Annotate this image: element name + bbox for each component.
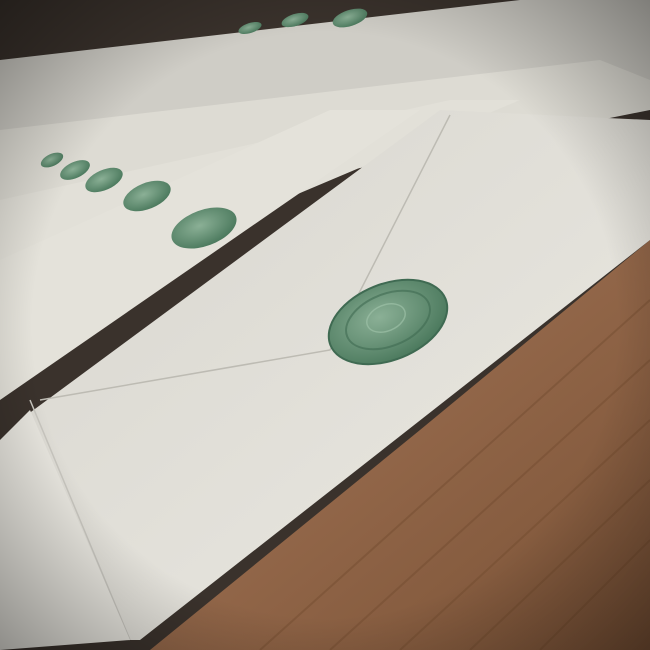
envelopes-photo: [0, 0, 650, 650]
photo-scene: [0, 0, 650, 650]
vignette: [0, 0, 650, 650]
